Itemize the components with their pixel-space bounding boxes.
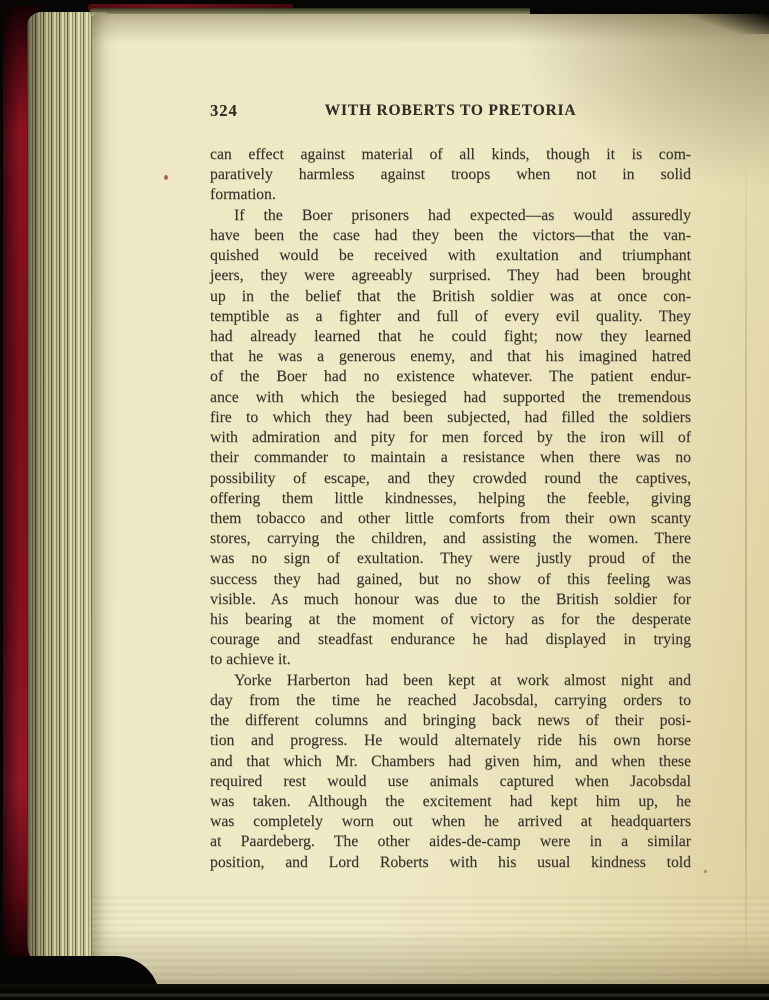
text-line: paratively harmless against troops when … <box>210 165 691 185</box>
text-line: the different columns and bringing back … <box>210 711 691 731</box>
paragraph: can effect against material of all kinds… <box>210 145 691 206</box>
text-line: position, and Lord Roberts with his usua… <box>210 853 691 873</box>
text-line: day from the time he reached Jacobsdal, … <box>210 691 691 711</box>
running-header-title: WITH ROBERTS TO PRETORIA <box>325 102 577 119</box>
paper-speck-dark <box>704 870 707 873</box>
text-line: had already learned that he could fight;… <box>210 327 691 347</box>
text-line: was taken. Although the excitement had k… <box>210 792 691 812</box>
text-line: Yorke Harberton had been kept at work al… <box>210 671 691 691</box>
text-line: have been the case had they been the vic… <box>210 226 691 246</box>
book-page: 324 WITH ROBERTS TO PRETORIA can effect … <box>92 14 769 986</box>
text-line: visible. As much honour was due to the B… <box>210 590 691 610</box>
book-scan-photo: 324 WITH ROBERTS TO PRETORIA can effect … <box>0 0 769 1000</box>
shadow-top-right <box>659 0 769 34</box>
text-line: that he was a generous enemy, and that h… <box>210 347 691 367</box>
text-line: with admiration and pity for men forced … <box>210 428 691 448</box>
text-line: offering them little kindnesses, helping… <box>210 489 691 509</box>
text-line: formation. <box>210 185 691 205</box>
paragraph: Yorke Harberton had been kept at work al… <box>210 671 691 873</box>
text-line: of the Boer had no existence whatever. T… <box>210 367 691 387</box>
text-line: up in the belief that the British soldie… <box>210 287 691 307</box>
text-line: stores, carrying the children, and assis… <box>210 529 691 549</box>
text-line: fire to which they had been subjected, h… <box>210 408 691 428</box>
text-line: was completely worn out when he arrived … <box>210 812 691 832</box>
text-line: them tobacco and other little comforts f… <box>210 509 691 529</box>
text-line: to achieve it. <box>210 650 691 670</box>
table-surface-bottom <box>0 984 769 1000</box>
text-line: possibility of escape, and they crowded … <box>210 469 691 489</box>
page-header: 324 WITH ROBERTS TO PRETORIA <box>210 102 691 120</box>
text-line: tion and progress. He would alternately … <box>210 731 691 751</box>
text-line: jeers, they were agreeably surprised. Th… <box>210 266 691 286</box>
paragraph: If the Boer prisoners had expected—as wo… <box>210 206 691 671</box>
text-line: required rest would use animals captured… <box>210 772 691 792</box>
text-line: was no sign of exultation. They were jus… <box>210 549 691 569</box>
text-line: can effect against material of all kinds… <box>210 145 691 165</box>
text-line: his bearing at the moment of victory as … <box>210 610 691 630</box>
text-line: at Paardeberg. The other aides-de-camp w… <box>210 832 691 852</box>
text-line: courage and steadfast endurance he had d… <box>210 630 691 650</box>
page-bottom-shading <box>92 896 769 986</box>
text-line: their commander to maintain a resistance… <box>210 448 691 468</box>
text-line: quished would be received with exultatio… <box>210 246 691 266</box>
paper-speck-red <box>164 175 168 180</box>
text-line: If the Boer prisoners had expected—as wo… <box>210 206 691 226</box>
text-line: success they had gained, but no show of … <box>210 570 691 590</box>
text-line: ance with which the besieged had support… <box>210 388 691 408</box>
text-line: temptible as a fighter and full of every… <box>210 307 691 327</box>
page-right-crease <box>745 134 747 976</box>
text-line: and that which Mr. Chambers had given hi… <box>210 752 691 772</box>
body-text: can effect against material of all kinds… <box>210 145 691 873</box>
page-number: 324 <box>210 101 238 121</box>
